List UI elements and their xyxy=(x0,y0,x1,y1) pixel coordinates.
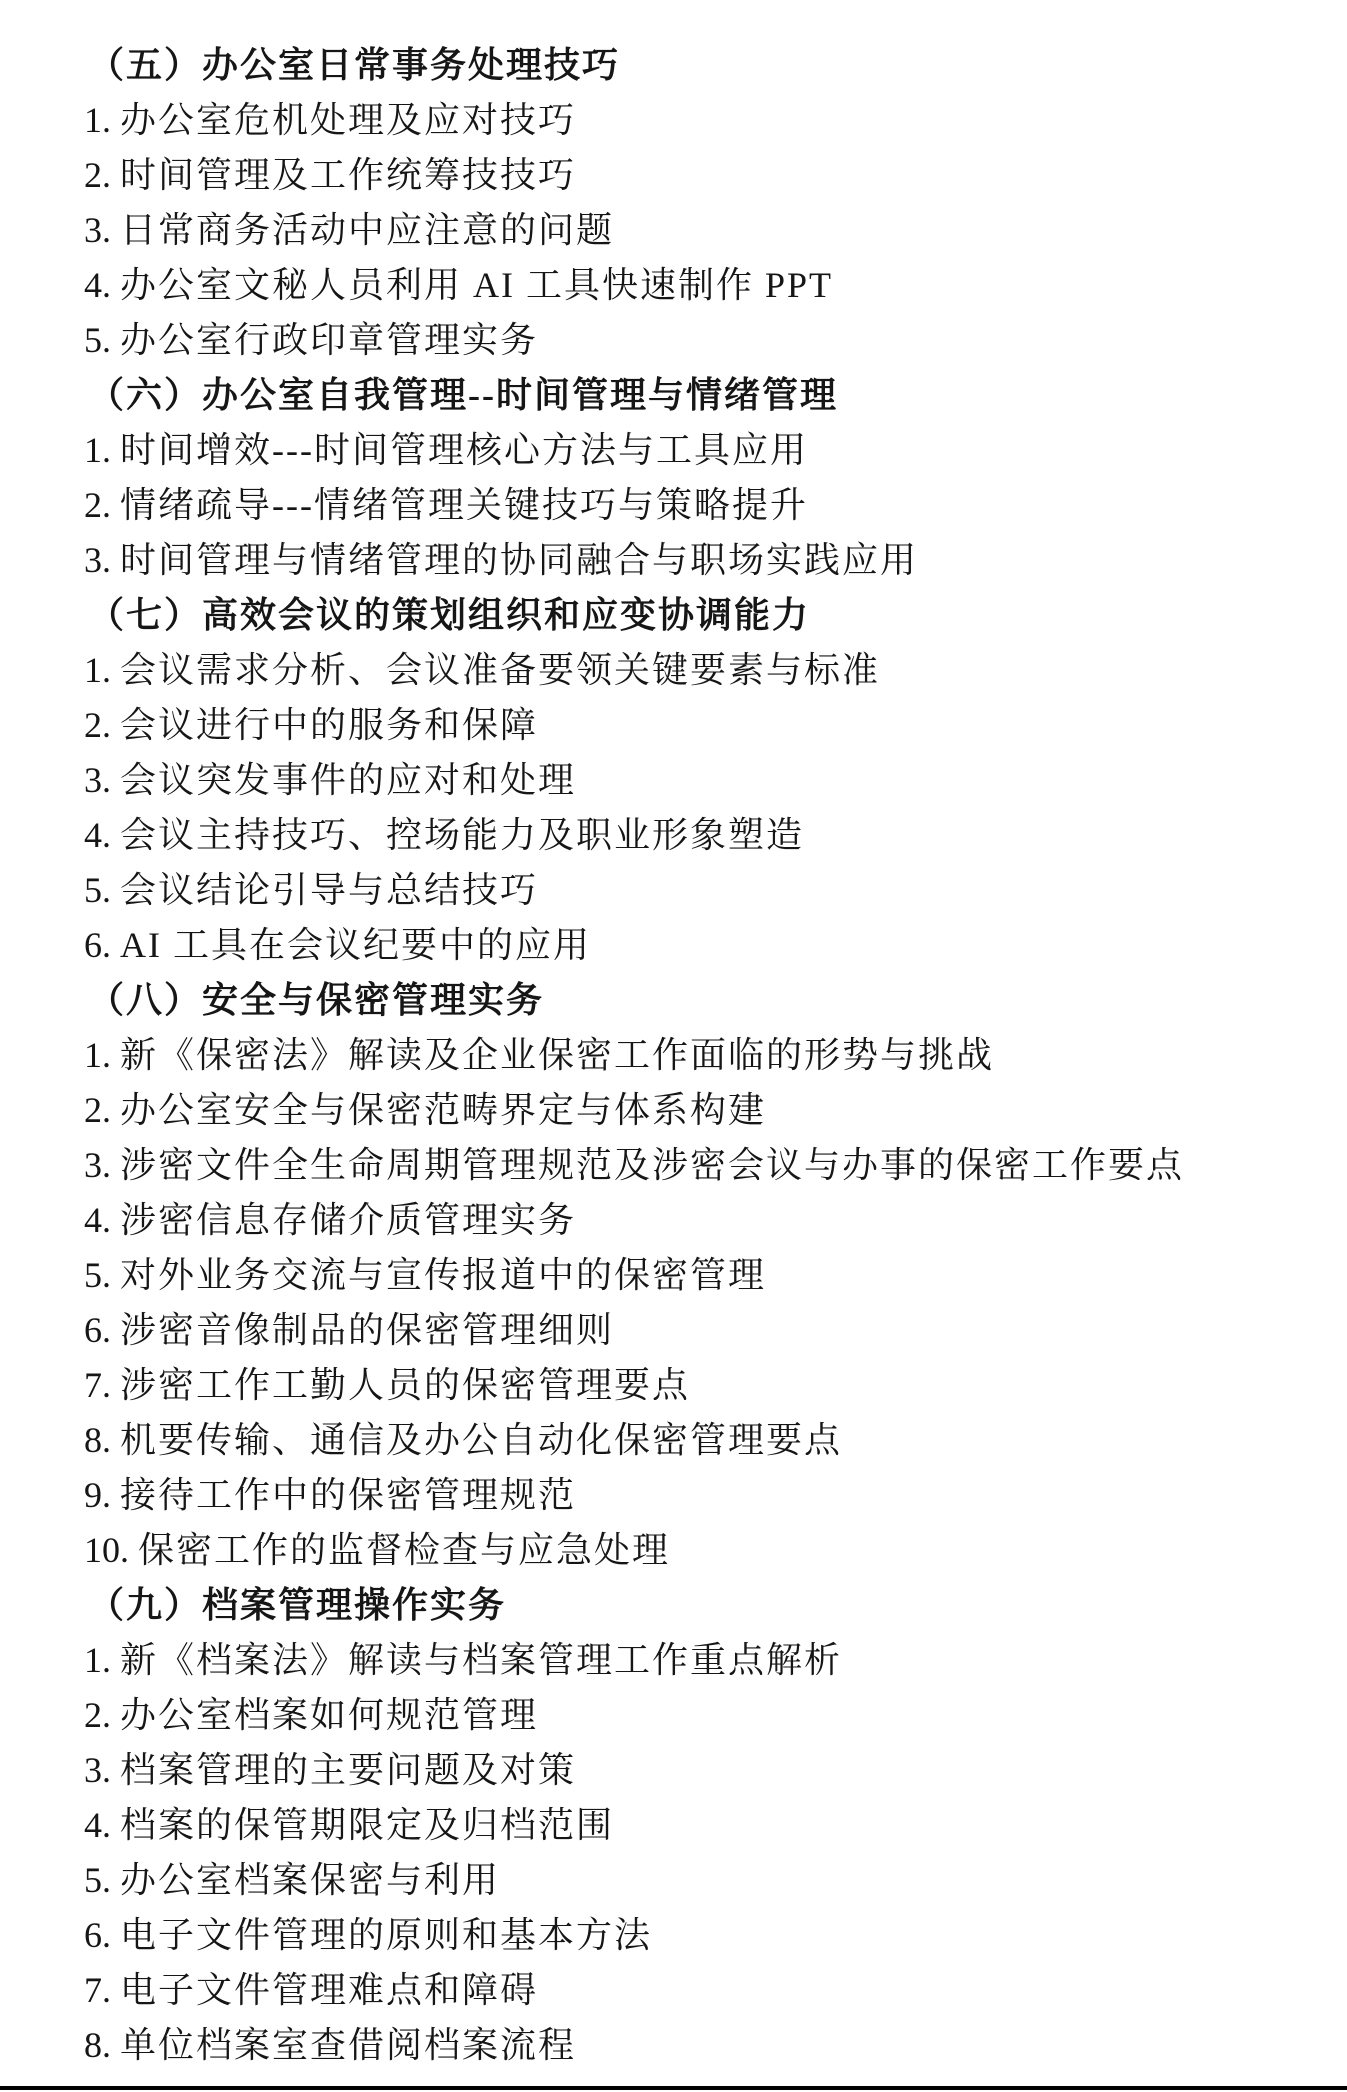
item-text: 会议主持技巧、控场能力及职业形象塑造 xyxy=(120,815,804,855)
item-text: 会议需求分析、会议准备要领关键要素与标准 xyxy=(120,650,880,690)
item-text: 保密工作的监督检查与应急处理 xyxy=(138,1530,670,1570)
outline-item: 2.办公室安全与保密范畴界定与体系构建 xyxy=(84,1083,1323,1138)
item-text: 涉密文件全生命周期管理规范及涉密会议与办事的保密工作要点 xyxy=(120,1145,1184,1185)
outline-item: 1.新《保密法》解读及企业保密工作面临的形势与挑战 xyxy=(84,1028,1323,1083)
outline-item: 4.档案的保管期限定及归档范围 xyxy=(84,1798,1323,1853)
item-number: 6. xyxy=(84,1908,111,1963)
item-number: 2. xyxy=(84,1688,111,1743)
item-number: 4. xyxy=(84,1193,111,1248)
outline-item: 4.涉密信息存储介质管理实务 xyxy=(84,1193,1323,1248)
outline-item: 1.办公室危机处理及应对技巧 xyxy=(84,93,1323,148)
item-number: 1. xyxy=(84,1028,111,1083)
item-text: 涉密音像制品的保密管理细则 xyxy=(120,1310,614,1350)
item-number: 3. xyxy=(84,753,111,808)
item-number: 6. xyxy=(84,1303,111,1358)
section-heading: （九）档案管理操作实务 xyxy=(84,1578,1323,1633)
item-number: 3. xyxy=(84,533,111,588)
outline-item: 3.档案管理的主要问题及对策 xyxy=(84,1743,1323,1798)
item-text: 涉密信息存储介质管理实务 xyxy=(120,1200,576,1240)
item-number: 1. xyxy=(84,1633,111,1688)
item-text: 办公室文秘人员利用 AI 工具快速制作 PPT xyxy=(120,265,833,305)
outline-item: 3.日常商务活动中应注意的问题 xyxy=(84,203,1323,258)
item-text: 日常商务活动中应注意的问题 xyxy=(120,210,614,250)
item-text: 办公室危机处理及应对技巧 xyxy=(120,100,576,140)
outline-item: 1.时间增效---时间管理核心方法与工具应用 xyxy=(84,423,1323,478)
item-number: 1. xyxy=(84,423,111,478)
item-number: 2. xyxy=(84,698,111,753)
item-text: 办公室安全与保密范畴界定与体系构建 xyxy=(120,1090,766,1130)
item-number: 7. xyxy=(84,1963,111,2018)
outline-item: 4.办公室文秘人员利用 AI 工具快速制作 PPT xyxy=(84,258,1323,313)
item-text: 电子文件管理难点和障碍 xyxy=(120,1970,538,2010)
outline-item: 3.时间管理与情绪管理的协同融合与职场实践应用 xyxy=(84,533,1323,588)
item-number: 2. xyxy=(84,148,111,203)
item-text: 接待工作中的保密管理规范 xyxy=(120,1475,576,1515)
outline-item: 6.AI 工具在会议纪要中的应用 xyxy=(84,918,1323,973)
outline-item: 5.办公室档案保密与利用 xyxy=(84,1853,1323,1908)
item-number: 7. xyxy=(84,1358,111,1413)
item-number: 8. xyxy=(84,1413,111,1468)
item-text: AI 工具在会议纪要中的应用 xyxy=(120,925,591,965)
outline-item: 7.电子文件管理难点和障碍 xyxy=(84,1963,1323,2018)
item-text: 时间增效---时间管理核心方法与工具应用 xyxy=(120,430,808,470)
item-number: 4. xyxy=(84,808,111,863)
item-number: 10. xyxy=(84,1523,129,1578)
item-number: 3. xyxy=(84,1743,111,1798)
item-text: 会议进行中的服务和保障 xyxy=(120,705,538,745)
item-number: 9. xyxy=(84,1468,111,1523)
item-text: 时间管理与情绪管理的协同融合与职场实践应用 xyxy=(120,540,918,580)
outline-item: 5.会议结论引导与总结技巧 xyxy=(84,863,1323,918)
item-text: 办公室行政印章管理实务 xyxy=(120,320,538,360)
item-number: 8. xyxy=(84,2018,111,2073)
outline-item: 5.对外业务交流与宣传报道中的保密管理 xyxy=(84,1248,1323,1303)
item-text: 对外业务交流与宣传报道中的保密管理 xyxy=(120,1255,766,1295)
outline-item: 6.电子文件管理的原则和基本方法 xyxy=(84,1908,1323,1963)
bottom-divider xyxy=(0,2086,1347,2090)
outline-item: 3.会议突发事件的应对和处理 xyxy=(84,753,1323,808)
outline-item: 1.会议需求分析、会议准备要领关键要素与标准 xyxy=(84,643,1323,698)
item-number: 5. xyxy=(84,313,111,368)
item-text: 涉密工作工勤人员的保密管理要点 xyxy=(120,1365,690,1405)
item-text: 会议结论引导与总结技巧 xyxy=(120,870,538,910)
item-text: 情绪疏导---情绪管理关键技巧与策略提升 xyxy=(120,485,808,525)
item-number: 4. xyxy=(84,1798,111,1853)
item-text: 档案管理的主要问题及对策 xyxy=(120,1750,576,1790)
item-number: 2. xyxy=(84,1083,111,1138)
item-number: 3. xyxy=(84,1138,111,1193)
item-text: 档案的保管期限定及归档范围 xyxy=(120,1805,614,1845)
outline-item: 4.会议主持技巧、控场能力及职业形象塑造 xyxy=(84,808,1323,863)
section-heading: （七）高效会议的策划组织和应变协调能力 xyxy=(84,588,1323,643)
outline-item: 8.机要传输、通信及办公自动化保密管理要点 xyxy=(84,1413,1323,1468)
section-heading: （六）办公室自我管理--时间管理与情绪管理 xyxy=(84,368,1323,423)
outline-item: 9.接待工作中的保密管理规范 xyxy=(84,1468,1323,1523)
item-number: 3. xyxy=(84,203,111,258)
item-text: 机要传输、通信及办公自动化保密管理要点 xyxy=(120,1420,842,1460)
item-text: 新《档案法》解读与档案管理工作重点解析 xyxy=(120,1640,842,1680)
item-number: 1. xyxy=(84,643,111,698)
outline-item: 2.办公室档案如何规范管理 xyxy=(84,1688,1323,1743)
item-text: 办公室档案保密与利用 xyxy=(120,1860,500,1900)
item-text: 时间管理及工作统筹技技巧 xyxy=(120,155,576,195)
item-number: 4. xyxy=(84,258,111,313)
item-number: 6. xyxy=(84,918,111,973)
item-number: 1. xyxy=(84,93,111,148)
outline-item: 2.会议进行中的服务和保障 xyxy=(84,698,1323,753)
item-text: 单位档案室查借阅档案流程 xyxy=(120,2025,576,2065)
item-number: 5. xyxy=(84,863,111,918)
item-text: 新《保密法》解读及企业保密工作面临的形势与挑战 xyxy=(120,1035,994,1075)
section-heading: （五）办公室日常事务处理技巧 xyxy=(84,38,1323,93)
outline-item: 2.时间管理及工作统筹技技巧 xyxy=(84,148,1323,203)
outline-item: 6.涉密音像制品的保密管理细则 xyxy=(84,1303,1323,1358)
course-outline-document: （五）办公室日常事务处理技巧1.办公室危机处理及应对技巧2.时间管理及工作统筹技… xyxy=(0,0,1347,2073)
item-number: 5. xyxy=(84,1853,111,1908)
outline-item: 10.保密工作的监督检查与应急处理 xyxy=(84,1523,1323,1578)
outline-item: 2.情绪疏导---情绪管理关键技巧与策略提升 xyxy=(84,478,1323,533)
item-text: 会议突发事件的应对和处理 xyxy=(120,760,576,800)
outline-item: 5.办公室行政印章管理实务 xyxy=(84,313,1323,368)
outline-item: 8.单位档案室查借阅档案流程 xyxy=(84,2018,1323,2073)
item-text: 办公室档案如何规范管理 xyxy=(120,1695,538,1735)
outline-item: 3.涉密文件全生命周期管理规范及涉密会议与办事的保密工作要点 xyxy=(84,1138,1323,1193)
outline-item: 7.涉密工作工勤人员的保密管理要点 xyxy=(84,1358,1323,1413)
item-number: 2. xyxy=(84,478,111,533)
section-heading: （八）安全与保密管理实务 xyxy=(84,973,1323,1028)
outline-item: 1.新《档案法》解读与档案管理工作重点解析 xyxy=(84,1633,1323,1688)
item-number: 5. xyxy=(84,1248,111,1303)
item-text: 电子文件管理的原则和基本方法 xyxy=(120,1915,652,1955)
